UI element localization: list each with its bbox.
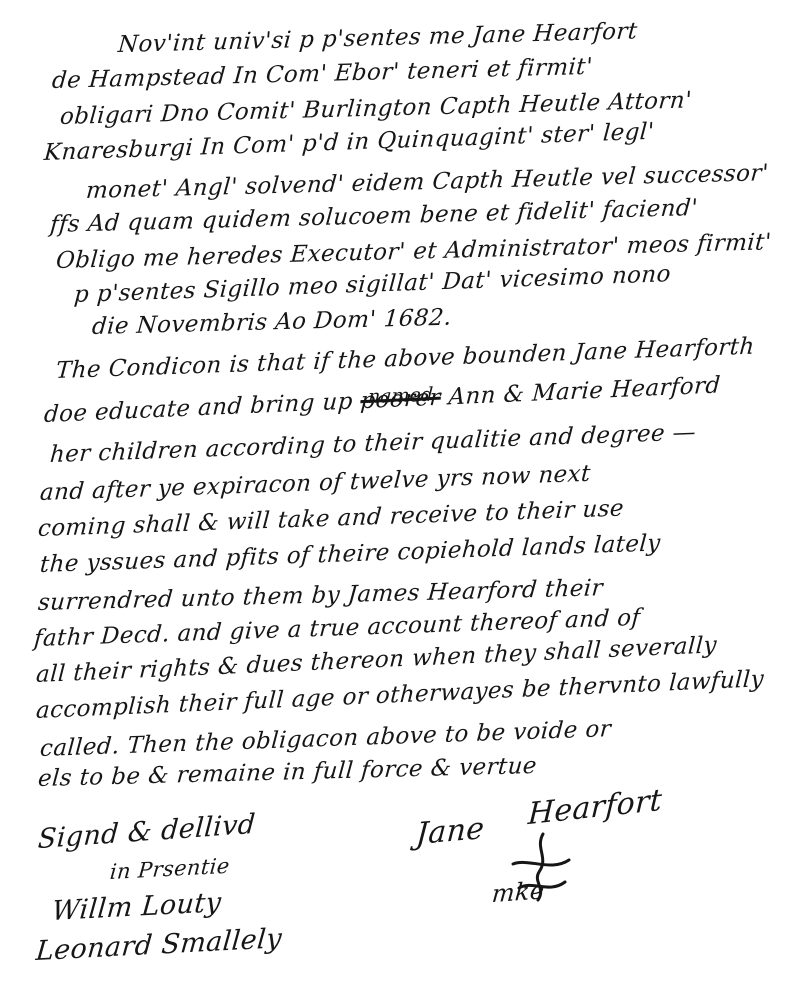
witness-signature: Leonard Smallely <box>35 925 283 965</box>
condition-line: els to be & remaine in full force & vert… <box>37 755 538 791</box>
condition-line2-before: doe educate and bring up <box>43 388 361 428</box>
signed-and-delivered-line: Signd & dellivd <box>37 811 256 853</box>
condition-line: the yssues and pfits of theire copiehold… <box>39 532 661 577</box>
bond-line: de Hampstead In Com' Ebor' teneri et fir… <box>51 56 593 93</box>
bond-line: Nov'int univ'si p p'sentes me Jane Hearf… <box>117 20 638 57</box>
mark-caption: mke <box>491 878 546 906</box>
witness-signature: Willm Louty <box>51 889 223 925</box>
bond-line: ffs Ad quam quidem solucoem bene et fide… <box>49 197 699 237</box>
condition-line: doe educate and bring up poorer Ann & Ma… <box>43 374 721 427</box>
signature-first-name: Jane <box>415 814 485 850</box>
manuscript-page: Nov'int univ'si p p'sentes me Jane Hearf… <box>0 0 790 1007</box>
bond-line: die Novembris Ao Dom' 1682. <box>91 307 452 339</box>
in-presence-line: in Prsentie <box>109 856 230 883</box>
signature-surname: Hearfort <box>527 786 663 830</box>
condition-line2-struckout: poorer <box>360 385 442 415</box>
condition-line2-after: Ann & Marie Hearford <box>448 372 722 410</box>
condition-line: her children according to their qualitie… <box>49 421 697 467</box>
